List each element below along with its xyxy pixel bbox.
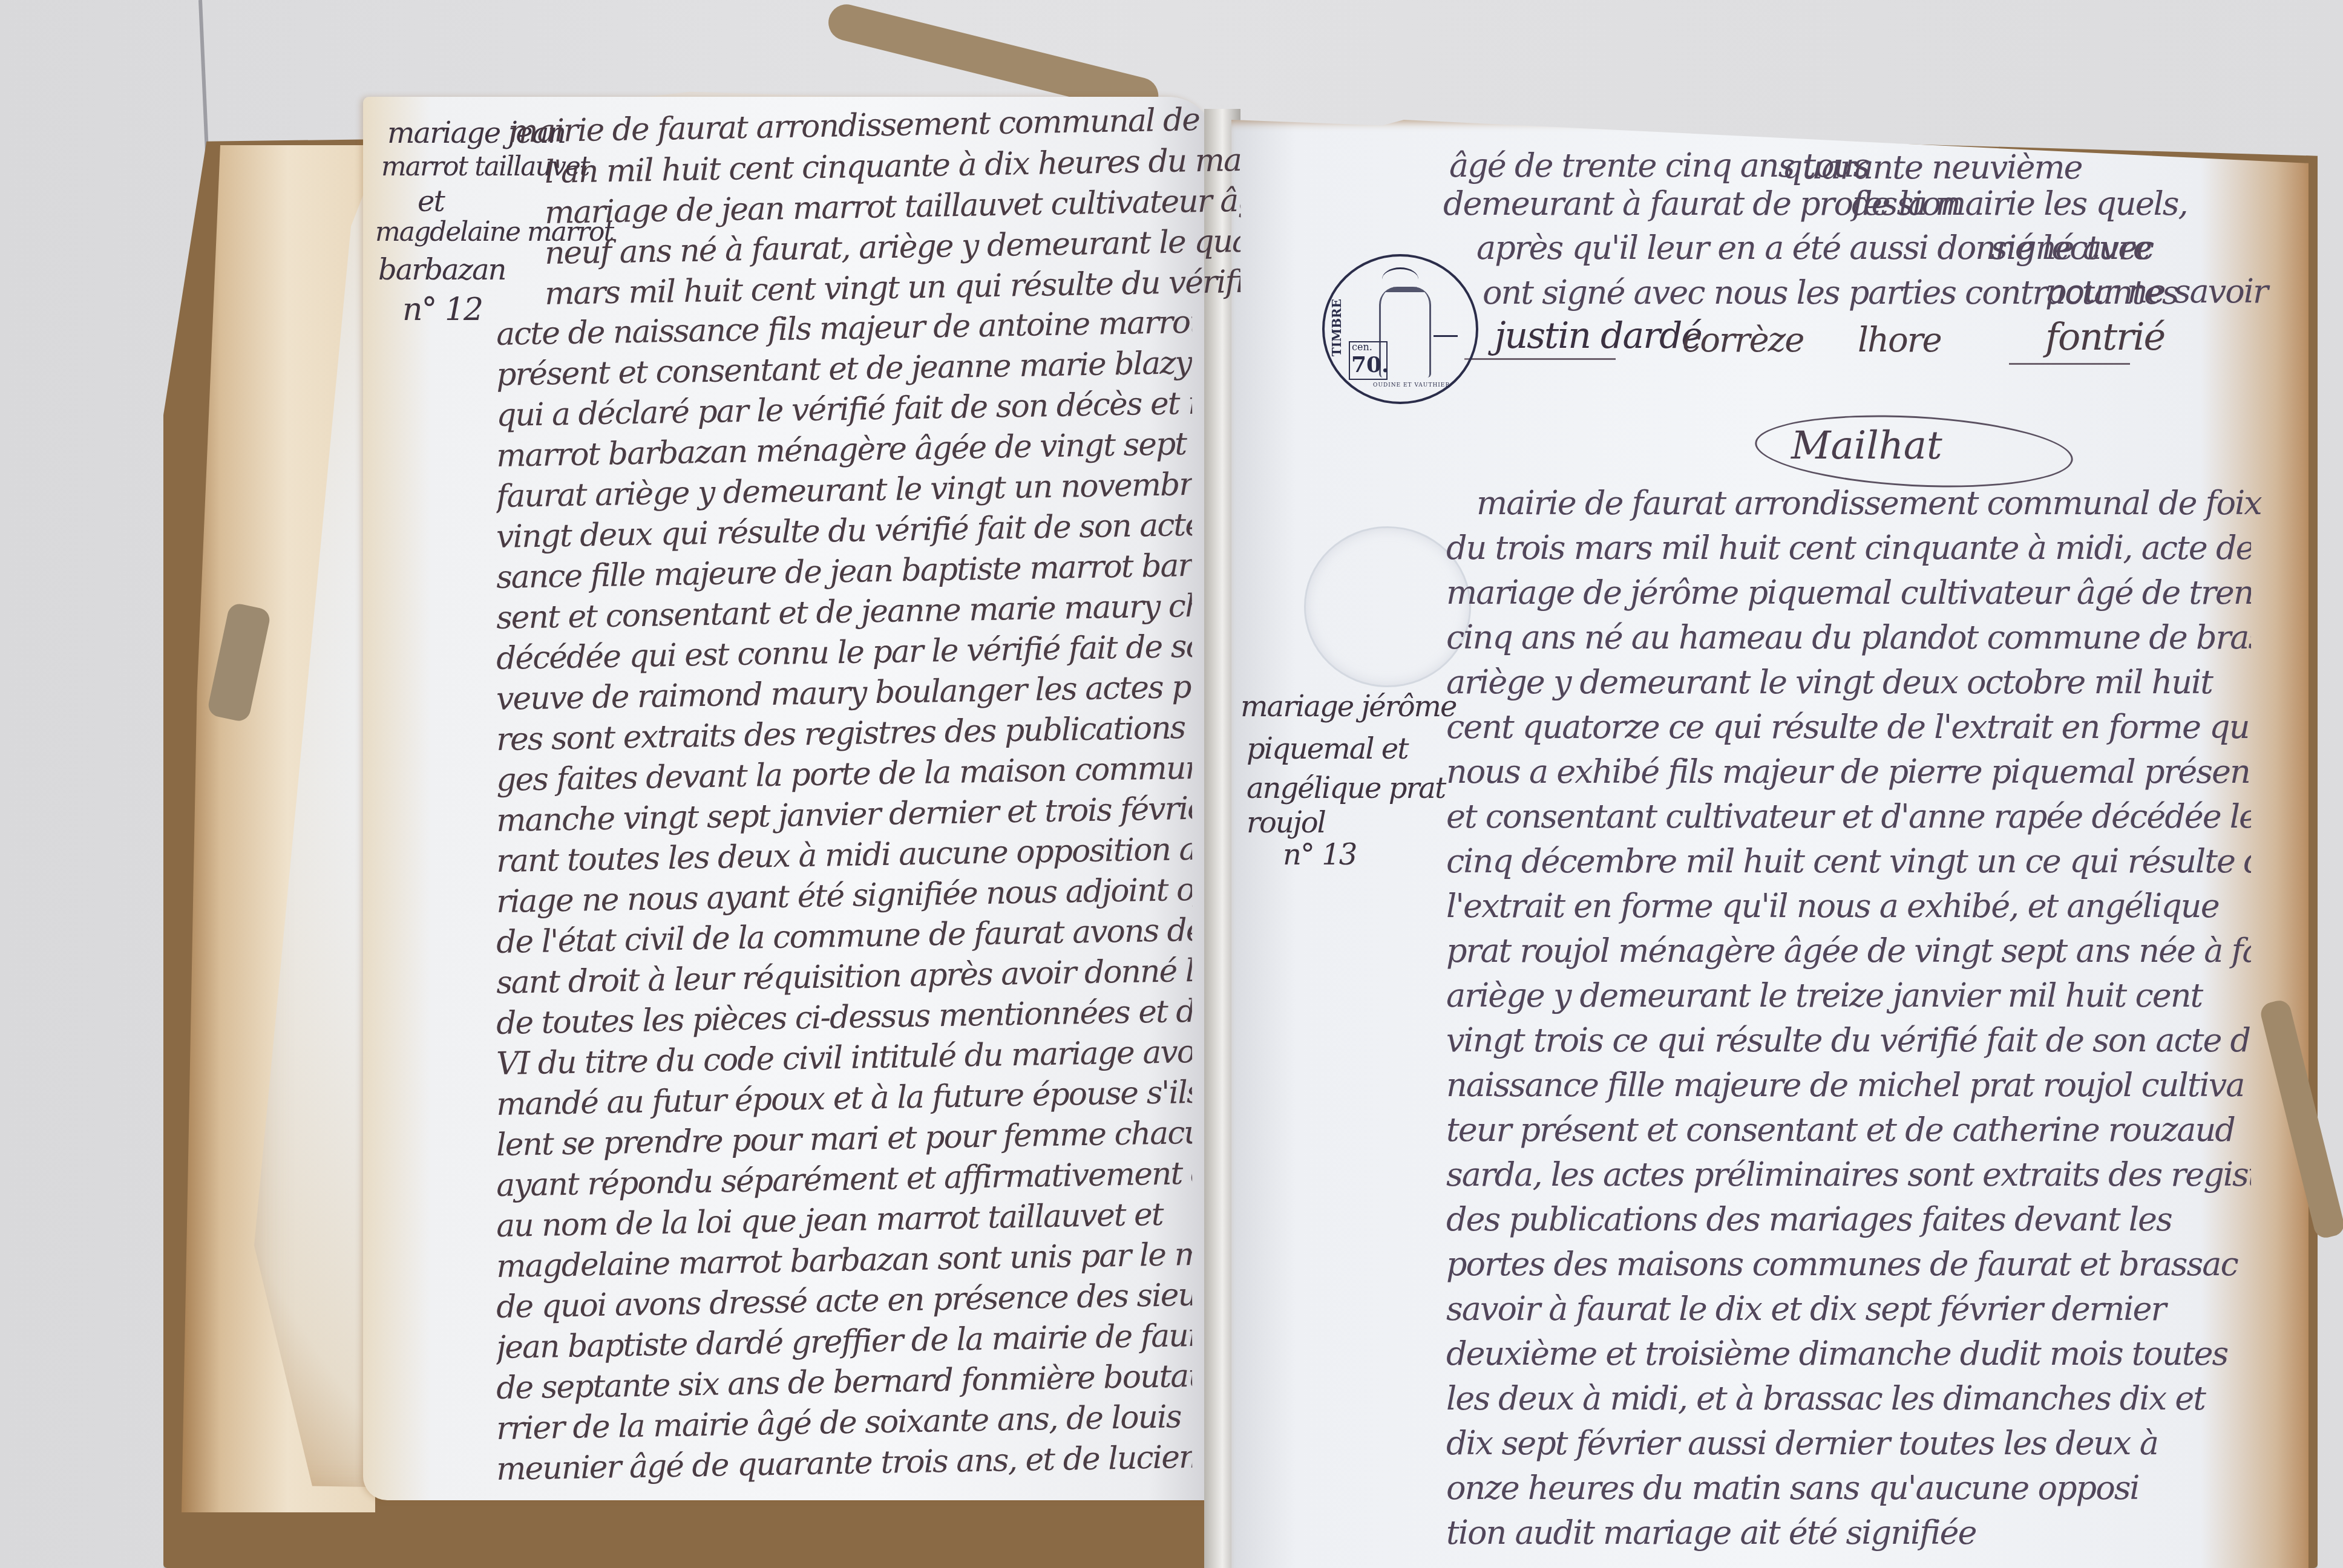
text-line: dix sept février aussi dernier toutes le…	[1446, 1424, 2251, 1462]
text-line: ariège y demeurant le treize janvier mil…	[1446, 976, 2251, 1014]
signature: fontrié	[2045, 315, 2164, 359]
text-line: des publications des mariages faites dev…	[1446, 1200, 2251, 1238]
text-line: portes des maisons communes de faurat et…	[1446, 1245, 2251, 1283]
text-line: mariage de jérôme piquemal cultivateur â…	[1446, 573, 2251, 612]
signature: lhore	[1858, 321, 1941, 360]
text-line: onze heures du matin sans qu'aucune oppo…	[1446, 1469, 2251, 1507]
margin-line: piquemal et	[1247, 732, 1408, 766]
signature: corrèze	[1682, 321, 1803, 360]
text-line: cent quatorze ce qui résulte de l'extrai…	[1446, 708, 2251, 746]
mayor-signature: Mailhat	[1791, 423, 1942, 468]
text-line: vingt trois ce qui résulte du vérifié fa…	[1446, 1021, 2251, 1059]
text-line: pour ne savoir	[2045, 272, 2267, 310]
margin-line: angélique prat	[1247, 771, 1445, 805]
text-line: cinq décembre mil huit cent vingt un ce …	[1446, 842, 2251, 880]
text-line: signé avec	[1991, 229, 2153, 267]
text-line: de la mairie les quels,	[1852, 185, 2187, 223]
text-line: deuxième et troisième dimanche dudit moi…	[1446, 1334, 2251, 1373]
margin-line: mariage jérôme	[1240, 690, 1457, 724]
text-line: mairie de faurat arrondissement communal…	[1476, 484, 2281, 522]
text-line: du trois mars mil huit cent cinquante à …	[1446, 529, 2251, 567]
stamp-unit: cen.	[1352, 341, 1372, 353]
text-line: savoir à faurat le dix et dix sept févri…	[1446, 1290, 2251, 1328]
tax-stamp: TIMBRE cen. 70. OUDINE ET VAUTHIER	[1322, 254, 1478, 404]
text-line: les deux à midi, et à brassac les dimanc…	[1446, 1379, 2251, 1417]
signature-underline	[1464, 358, 1616, 360]
text-line: et consentant cultivateur et d'anne rapé…	[1446, 797, 2251, 835]
text-line: sarda, les actes préliminaires sont extr…	[1446, 1155, 2251, 1194]
text-line: cinq ans né au hameau du plandot commune…	[1446, 618, 2251, 656]
margin-line: barbazan	[378, 253, 505, 287]
text-line: ariège y demeurant le vingt deux octobre…	[1446, 663, 2251, 701]
margin-line: roujol	[1247, 806, 1325, 840]
text-line: teur présent et consentant et de catheri…	[1446, 1111, 2251, 1149]
signature: justin dardé	[1495, 315, 1702, 357]
scales-icon	[1434, 305, 1458, 337]
text-line: tion audit mariage ait été signifiée	[1446, 1514, 2251, 1552]
margin-line: et	[418, 185, 444, 218]
text-line: naissance fille majeure de michel prat r…	[1446, 1066, 2251, 1104]
stamp-label: TIMBRE	[1329, 299, 1344, 356]
text-line: nous a exhibé fils majeur de pierre piqu…	[1446, 753, 2251, 791]
stamp-value: 70.	[1351, 352, 1389, 377]
entry-number: n° 12	[402, 292, 482, 328]
text-line: l'extrait en forme qu'il nous a exhibé, …	[1446, 887, 2251, 925]
signature-underline	[2009, 363, 2130, 365]
text-line: quarante neuvième	[1782, 148, 2082, 186]
text-line: prat roujol ménagère âgée de vingt sept …	[1446, 932, 2251, 970]
stamp-printer: OUDINE ET VAUTHIER	[1373, 382, 1450, 388]
entry-number: n° 13	[1283, 838, 1356, 872]
